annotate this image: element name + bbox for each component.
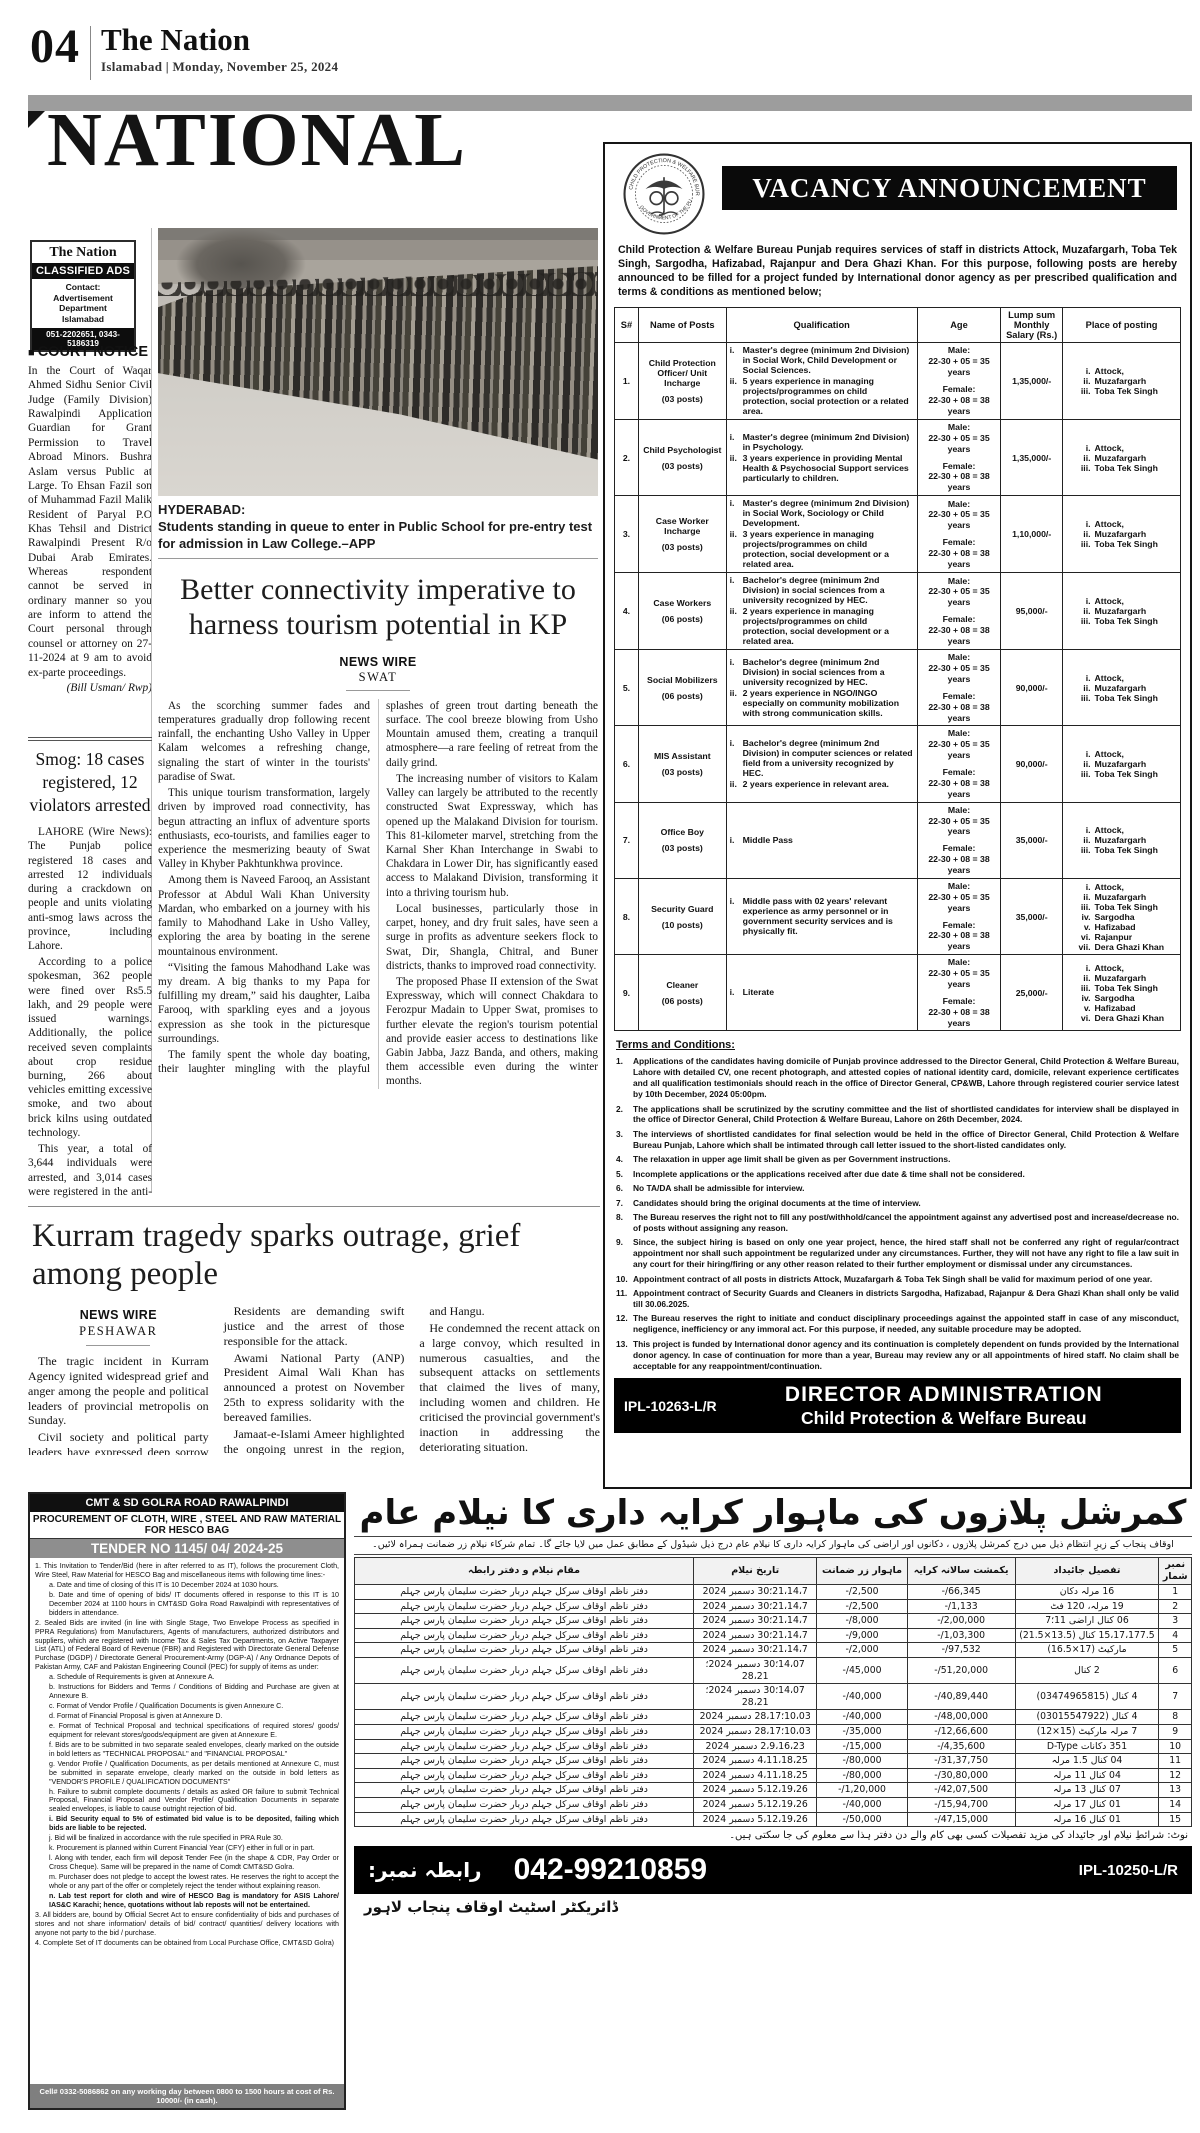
office-cell: دفتر ناظم اوقاف سرکل جہلم دربار حضرت سلی… [355, 1812, 694, 1827]
deposit-cell: 2,500/- [817, 1584, 907, 1599]
tender-line: f. Bids are to be submitted in two separ… [35, 1741, 339, 1759]
qualification-cell: i.Master's degree (minimum 2nd Division)… [726, 419, 917, 495]
item-text: Muzafargarh [1095, 759, 1173, 769]
serial-cell: 10 [1159, 1739, 1192, 1754]
deposit-cell: 35,000/- [817, 1725, 907, 1740]
age-female-label: Female: [921, 461, 998, 472]
terms-item: 12.The Bureau reserves the right to init… [616, 1313, 1179, 1335]
tender-line: n. Lab test report for cloth and wire of… [35, 1892, 339, 1910]
item-number: ii. [1071, 759, 1091, 769]
item-number: iv. [1071, 912, 1091, 922]
item-text: 3 years experience in managing projects/… [743, 529, 914, 569]
office-cell: دفتر ناظم اوقاف سرکل جہلم دربار حضرت سلی… [355, 1584, 694, 1599]
court-notice-heading: COURT NOTICE [28, 344, 152, 360]
place-item: iii.Toba Tek Singh [1066, 769, 1177, 779]
age-female-label: Female: [921, 996, 998, 1007]
office-cell: دفتر ناظم اوقاف سرکل جہلم دربار حضرت سلی… [355, 1643, 694, 1658]
age-male: 22-30 + 05 = 35 years [921, 739, 998, 761]
rent-cell: 4,35,600/- [907, 1739, 1015, 1754]
item-number: ii. [1071, 453, 1091, 463]
salary-cell: 1,10,000/- [1001, 496, 1063, 573]
tender-line: a. Schedule of Requirements is given at … [35, 1673, 339, 1682]
place-item: v.Hafizabad [1066, 922, 1177, 932]
item-text: Muzafargarh [1095, 892, 1173, 902]
vacancy-header-row: S#Name of PostsQualificationAgeLump sum … [615, 307, 1181, 342]
salary-cell: 90,000/- [1001, 726, 1063, 802]
place-item: ii.Muzafargarh [1066, 606, 1177, 616]
age-female-label: Female: [921, 767, 998, 778]
newspaper-page: 04 The Nation Islamabad | Monday, Novemb… [0, 0, 1200, 2133]
place-item: i.Attock, [1066, 519, 1177, 529]
date-cell: 4،11،18،25 دسمبر 2024 [694, 1768, 817, 1783]
tender-number: TENDER NO 1145/ 04/ 2024-25 [30, 1539, 344, 1558]
masthead-titles: The Nation Islamabad | Monday, November … [101, 24, 338, 75]
term-text: Since, the subject hiring is based on on… [633, 1237, 1179, 1270]
photo-students-queue [158, 228, 598, 496]
advert-code: IPL-10250-L/R [1079, 1862, 1178, 1879]
office-cell: دفتر ناظم اوقاف سرکل جہلم دربار حضرت سلی… [355, 1614, 694, 1629]
post-count: (03 posts) [642, 767, 723, 777]
age-male-label: Male: [921, 805, 998, 816]
column-header: تاریخ نیلام [694, 1558, 817, 1585]
vacancy-table-header: S#Name of PostsQualificationAgeLump sum … [615, 307, 1181, 342]
rent-cell: 51,20,000/- [907, 1658, 1015, 1684]
urdu-table-row: 10351 دکانات D-Type4,35,600/-15,000/-2،9… [355, 1739, 1192, 1754]
qualification-cell: i.Literate [726, 955, 917, 1031]
property-cell: 06 کنال اراضی 11؛7 [1015, 1614, 1159, 1629]
age-cell: Male:22-30 + 05 = 35 yearsFemale:22-30 +… [917, 802, 1001, 878]
qualification-cell: i.Middle pass with 02 years' relevant ex… [726, 878, 917, 954]
column-header: یکمشت سالانہ کرایہ [907, 1558, 1015, 1585]
article-headline: Smog: 18 cases registered, 12 violators … [28, 748, 152, 816]
urdu-table-body: 116 مرلہ دکان66,345/-2,500/-21،14،7؛30 د… [355, 1584, 1192, 1826]
qualification-item: i.Middle Pass [730, 835, 914, 845]
property-cell: 01 کنال 17 مرلہ [1015, 1798, 1159, 1813]
tender-line: b. Date and time of opening of bids/ IT … [35, 1591, 339, 1618]
term-text: Candidates should bring the original doc… [633, 1198, 1179, 1209]
item-text: Toba Tek Singh [1095, 983, 1173, 993]
item-text: Muzafargarh [1095, 973, 1173, 983]
item-text: Master's degree (minimum 2nd Division) i… [743, 345, 914, 375]
vacancy-header: CHILD PROTECTION & WELFARE BUREAU GOVERN… [614, 150, 1181, 236]
item-number: i. [730, 896, 743, 936]
qualification-item: i.Master's degree (minimum 2nd Division)… [730, 498, 914, 528]
byline-dateline: SWAT [158, 670, 598, 685]
post-name: Cleaner [642, 980, 723, 990]
item-number: i. [730, 498, 743, 528]
column-header: Age [917, 307, 1001, 342]
age-female-label: Female: [921, 691, 998, 702]
urdu-ad-footer-bar: IPL-10250-L/R 042-99210859 رابطہ نمبر: [354, 1846, 1192, 1894]
qualification-cell: i.Middle Pass [726, 802, 917, 878]
place-item: vi.Rajanpur [1066, 932, 1177, 942]
item-number: i. [1071, 443, 1091, 453]
item-number: iii. [1071, 902, 1091, 912]
item-number: iii. [1071, 845, 1091, 855]
article-column-2: Residents are demanding swift justice an… [224, 1304, 405, 1455]
deposit-cell: 40,000/- [817, 1684, 907, 1710]
age-male: 22-30 + 05 = 35 years [921, 586, 998, 608]
rent-cell: 48,00,000/- [907, 1710, 1015, 1725]
vacancy-table-row: 8.Security Guard(10 posts)i.Middle pass … [615, 878, 1181, 954]
place-item: iv.Sargodha [1066, 912, 1177, 922]
serial-cell: 15 [1159, 1812, 1192, 1827]
serial-cell: 12 [1159, 1768, 1192, 1783]
item-number: i. [1071, 882, 1091, 892]
tender-line: 3. All bidders are, bound by Official Se… [35, 1911, 339, 1938]
age-male-label: Male: [921, 576, 998, 587]
caption-location: HYDERABAD: [158, 502, 598, 519]
urdu-ad-note: نوٹ: شرائطِ نیلام اور جائیداد کی مزید تف… [354, 1827, 1192, 1843]
office-cell: دفتر ناظم اوقاف سرکل جہلم دربار حضرت سلی… [355, 1754, 694, 1769]
urdu-table-row: 1501 کنال 16 مرلہ47,15,000/-50,000/-5،12… [355, 1812, 1192, 1827]
term-text: The interviews of shortlisted candidates… [633, 1129, 1179, 1151]
item-text: Literate [743, 987, 914, 997]
item-text: Toba Tek Singh [1095, 902, 1173, 912]
place-item: iii.Toba Tek Singh [1066, 386, 1177, 396]
item-number: ii. [1071, 683, 1091, 693]
date-cell: 14،07؛30 دسمبر 2024؛28،21 [694, 1684, 817, 1710]
byline-agency: NEWS WIRE [158, 655, 598, 669]
term-text: The applications shall be scrutinized by… [633, 1104, 1179, 1126]
paragraph: This unique tourism transformation, larg… [158, 786, 370, 871]
item-number: iii. [1071, 386, 1091, 396]
age-female-label: Female: [921, 614, 998, 625]
paragraph: Residents are demanding swift justice an… [224, 1304, 405, 1349]
tender-line: i. Bid Security equal to 5% of estimated… [35, 1815, 339, 1833]
serial-cell: 4 [1159, 1628, 1192, 1643]
column-header: Place of posting [1063, 307, 1181, 342]
paragraph: Awami National Party (ANP) President Aim… [224, 1351, 405, 1425]
tender-subject: PROCUREMENT OF CLOTH, WIRE , STEEL AND R… [30, 1512, 344, 1539]
term-number: 10. [616, 1274, 633, 1285]
date-cell: 5،12،19،26 دسمبر 2024 [694, 1812, 817, 1827]
classified-contact: Contact: Advertisement Department Islama… [32, 279, 134, 328]
salary-cell: 35,000/- [1001, 802, 1063, 878]
serial-cell: 2 [1159, 1599, 1192, 1614]
deposit-cell: 1,20,000/- [817, 1783, 907, 1798]
vacancy-table-row: 3.Case Worker Incharge(03 posts)i.Master… [615, 496, 1181, 573]
item-number: i. [730, 987, 743, 997]
office-cell: دفتر ناظم اوقاف سرکل جہلم دربار حضرت سلی… [355, 1599, 694, 1614]
age-male: 22-30 + 05 = 35 years [921, 509, 998, 531]
item-text: Attock, [1095, 519, 1173, 529]
rent-cell: 12,66,600/- [907, 1725, 1015, 1740]
qualification-cell: i.Master's degree (minimum 2nd Division)… [726, 342, 917, 419]
serial-cell: 1. [615, 342, 639, 419]
tender-line: g. Vendor Profile / Qualification Docume… [35, 1760, 339, 1787]
date-cell: 5،12،19،26 دسمبر 2024 [694, 1798, 817, 1813]
age-female-label: Female: [921, 920, 998, 931]
item-number: iii. [1071, 616, 1091, 626]
deposit-cell: 40,000/- [817, 1710, 907, 1725]
vacancy-table-row: 5.Social Mobilizers(06 posts)i.Bachelor'… [615, 650, 1181, 726]
term-text: This project is funded by International … [633, 1339, 1179, 1372]
contact-phone: 042-99210859 [514, 1853, 708, 1887]
salary-cell: 35,000/- [1001, 878, 1063, 954]
property-cell: 351 دکانات D-Type [1015, 1739, 1159, 1754]
serial-cell: 6 [1159, 1658, 1192, 1684]
serial-cell: 11 [1159, 1754, 1192, 1769]
paragraph: According to a police spokesman, 362 peo… [28, 955, 152, 1140]
date-cell: 5،12،19،26 دسمبر 2024 [694, 1783, 817, 1798]
post-name: Case Worker Incharge [642, 516, 723, 536]
deposit-cell: 2,000/- [817, 1643, 907, 1658]
vacancy-signatory: DIRECTOR ADMINISTRATION Child Protection… [717, 1383, 1171, 1427]
item-text: Toba Tek Singh [1095, 693, 1173, 703]
item-text: Master's degree (minimum 2nd Division) i… [743, 432, 914, 452]
age-male: 22-30 + 05 = 35 years [921, 968, 998, 990]
urdu-table-row: 1307 کنال 13 مرلہ42,07,500/-1,20,000/-5،… [355, 1783, 1192, 1798]
post-count: (03 posts) [642, 461, 723, 471]
qualification-cell: i.Bachelor's degree (minimum 2nd Divisio… [726, 573, 917, 650]
place-item: i.Attock, [1066, 963, 1177, 973]
item-number: i. [730, 657, 743, 687]
item-text: Toba Tek Singh [1095, 463, 1173, 473]
item-number: ii. [730, 376, 743, 416]
contact-phone-label: رابطہ نمبر: [368, 1858, 482, 1882]
age-male-label: Male: [921, 422, 998, 433]
bureau-logo-icon: CHILD PROTECTION & WELFARE BUREAU GOVERN… [622, 152, 706, 236]
place-item: v.Hafizabad [1066, 1003, 1177, 1013]
post-cell: Cleaner(06 posts) [638, 955, 726, 1031]
terms-item: 4.The relaxation in upper age limit shal… [616, 1154, 1179, 1165]
byline-dateline: PESHAWAR [28, 1324, 209, 1340]
rent-cell: 42,07,500/- [907, 1783, 1015, 1798]
office-cell: دفتر ناظم اوقاف سرکل جہلم دربار حضرت سلی… [355, 1628, 694, 1643]
qualification-item: i.Master's degree (minimum 2nd Division)… [730, 432, 914, 452]
place-item: vi.Dera Ghazi Khan [1066, 1013, 1177, 1023]
age-male-label: Male: [921, 728, 998, 739]
item-number: i. [1071, 749, 1091, 759]
serial-cell: 14 [1159, 1798, 1192, 1813]
age-male: 22-30 + 05 = 35 years [921, 816, 998, 838]
item-text: Toba Tek Singh [1095, 769, 1173, 779]
paragraph: The tragic incident in Kurram Agency ign… [28, 1354, 209, 1428]
article-columns: NEWS WIRE PESHAWAR The tragic incident i… [28, 1304, 600, 1455]
item-number: i. [1071, 366, 1091, 376]
places-cell: i.Attock,ii.Muzafargarhiii.Toba Tek Sing… [1063, 802, 1181, 878]
property-cell: 2 کنال [1015, 1658, 1159, 1684]
paper-name: The Nation [101, 24, 338, 55]
contact-city: Islamabad [33, 314, 133, 325]
age-female: 22-30 + 08 = 38 years [921, 778, 998, 800]
item-text: Hafizabad [1095, 1003, 1173, 1013]
places-cell: i.Attock,ii.Muzafargarhiii.Toba Tek Sing… [1063, 496, 1181, 573]
office-cell: دفتر ناظم اوقاف سرکل جہلم دربار حضرت سلی… [355, 1783, 694, 1798]
age-female: 22-30 + 08 = 38 years [921, 930, 998, 952]
rent-cell: 40,89,440/- [907, 1684, 1015, 1710]
term-number: 13. [616, 1339, 633, 1372]
tender-line: 1. This Invitation to Tender/Bid (here i… [35, 1562, 339, 1580]
property-cell: 4 کنال (03015547922) [1015, 1710, 1159, 1725]
terms-item: 5.Incomplete applications or the applica… [616, 1169, 1179, 1180]
term-text: The relaxation in upper age limit shall … [633, 1154, 1179, 1165]
masthead: 04 The Nation Islamabad | Monday, Novemb… [30, 24, 338, 80]
qualification-item: i.Bachelor's degree (minimum 2nd Divisio… [730, 738, 914, 778]
age-cell: Male:22-30 + 05 = 35 yearsFemale:22-30 +… [917, 650, 1001, 726]
age-cell: Male:22-30 + 05 = 35 yearsFemale:22-30 +… [917, 419, 1001, 495]
age-female-label: Female: [921, 384, 998, 395]
article-body: As the scorching summer fades and temper… [158, 699, 598, 1089]
age-female-label: Female: [921, 843, 998, 854]
caption-text: Students standing in queue to enter in P… [158, 519, 598, 553]
urdu-auction-table: نمبر شمارتفصیل جائیدادیکمشت سالانہ کرایہ… [354, 1557, 1192, 1827]
post-cell: Security Guard(10 posts) [638, 878, 726, 954]
term-number: 2. [616, 1104, 633, 1126]
rent-cell: 66,345/- [907, 1584, 1015, 1599]
item-text: Muzafargarh [1095, 529, 1173, 539]
item-text: Rajanpur [1095, 932, 1173, 942]
date-cell: 21،14،7؛30 دسمبر 2024 [694, 1614, 817, 1629]
place-item: ii.Muzafargarh [1066, 759, 1177, 769]
terms-heading: Terms and Conditions: [616, 1039, 1179, 1051]
salary-cell: 1,35,000/- [1001, 419, 1063, 495]
salary-cell: 25,000/- [1001, 955, 1063, 1031]
item-number: i. [730, 738, 743, 778]
term-number: 8. [616, 1212, 633, 1234]
age-male-label: Male: [921, 345, 998, 356]
qualification-item: ii.5 years experience in managing projec… [730, 376, 914, 416]
date-cell: 2،9،16،23 دسمبر 2024 [694, 1739, 817, 1754]
terms-item: 8.The Bureau reserves the right not to f… [616, 1212, 1179, 1234]
vacancy-table-row: 9.Cleaner(06 posts)i.LiterateMale:22-30 … [615, 955, 1181, 1031]
office-cell: دفتر ناظم اوقاف سرکل جہلم دربار حضرت سلی… [355, 1798, 694, 1813]
article-column-3: and Hangu.He condemned the recent attack… [419, 1304, 600, 1455]
urdu-table-row: 5مارکیٹ (17×16.5)97,532/-2,000/-21،14،7؛… [355, 1643, 1192, 1658]
place-item: ii.Muzafargarh [1066, 835, 1177, 845]
post-name: Social Mobilizers [642, 675, 723, 685]
item-number: iii. [1071, 983, 1091, 993]
court-notice-body: In the Court of Waqar Ahmed Sidhu Senior… [28, 364, 152, 680]
property-cell: 01 کنال 16 مرلہ [1015, 1812, 1159, 1827]
item-number: i. [1071, 596, 1091, 606]
place-item: i.Attock, [1066, 366, 1177, 376]
item-text: 2 years experience in NGO/INGO especiall… [743, 688, 914, 718]
article-rule [28, 1206, 600, 1207]
item-number: ii. [1071, 973, 1091, 983]
qualification-cell: i.Bachelor's degree (minimum 2nd Divisio… [726, 726, 917, 802]
term-text: The Bureau reserves the right not to fil… [633, 1212, 1179, 1234]
property-cell: 16 مرلہ دکان [1015, 1584, 1159, 1599]
place-item: i.Attock, [1066, 443, 1177, 453]
photo-caption: HYDERABAD: Students standing in queue to… [158, 502, 598, 553]
tender-line: l. Along with tender, each firm will dep… [35, 1854, 339, 1872]
term-number: 7. [616, 1198, 633, 1209]
item-number: i. [1071, 519, 1091, 529]
age-male-label: Male: [921, 652, 998, 663]
urdu-ad-title: کمرشل پلازوں کی ماہوار کرایہ داری کا نیل… [354, 1493, 1192, 1536]
tender-body: 1. This Invitation to Tender/Bid (here i… [30, 1558, 344, 2084]
term-number: 1. [616, 1056, 633, 1100]
tender-notice: CMT & SD GOLRA ROAD RAWALPINDI PROCUREME… [28, 1492, 346, 2110]
vacancy-intro: Child Protection & Welfare Bureau Punjab… [618, 244, 1177, 300]
vacancy-table-row: 2.Child Psychologist(03 posts)i.Master's… [615, 419, 1181, 495]
item-number: vi. [1071, 1013, 1091, 1023]
place-item: ii.Muzafargarh [1066, 453, 1177, 463]
place-item: iii.Toba Tek Singh [1066, 983, 1177, 993]
item-text: Attock, [1095, 443, 1173, 453]
rent-cell: 97,532/- [907, 1643, 1015, 1658]
item-text: Dera Ghazi Khan [1095, 1013, 1173, 1023]
paragraph: Among them is Naveed Farooq, an Assistan… [158, 873, 370, 958]
tender-line: c. Format of Vendor Profile / Qualificat… [35, 1702, 339, 1711]
byline-agency: NEWS WIRE [28, 1308, 209, 1324]
age-male: 22-30 + 05 = 35 years [921, 892, 998, 914]
post-name: Child Protection Officer/ Unit Incharge [642, 358, 723, 388]
item-text: Sargodha [1095, 993, 1173, 1003]
tender-footer: Cell# 0332-5086862 on any working day be… [30, 2084, 344, 2108]
post-name: Security Guard [642, 904, 723, 914]
item-text: Attock, [1095, 596, 1173, 606]
serial-cell: 4. [615, 573, 639, 650]
urdu-table-row: 219 مرلہ، 120 فٹ1,133/-2,500/-21،14،7؛30… [355, 1599, 1192, 1614]
column-header: ماہوار زر ضمانت [817, 1558, 907, 1585]
item-number: i. [1071, 825, 1091, 835]
date-cell: 4،11،18،25 دسمبر 2024 [694, 1754, 817, 1769]
terms-item: 13.This project is funded by Internation… [616, 1339, 1179, 1372]
deposit-cell: 45,000/- [817, 1658, 907, 1684]
post-cell: Office Boy(03 posts) [638, 802, 726, 878]
item-text: Hafizabad [1095, 922, 1173, 932]
property-cell: 7 مرلہ مارکیٹ (15×12) [1015, 1725, 1159, 1740]
terms-item: 7.Candidates should bring the original d… [616, 1198, 1179, 1209]
paragraph: He condemned the recent attack on a larg… [419, 1321, 600, 1455]
deposit-cell: 8,000/- [817, 1614, 907, 1629]
item-number: iii. [1071, 539, 1091, 549]
post-name: MIS Assistant [642, 751, 723, 761]
tender-line: m. Purchaser does not pledge to accept t… [35, 1873, 339, 1891]
deposit-cell: 2,500/- [817, 1599, 907, 1614]
item-text: Dera Ghazi Khan [1095, 942, 1173, 952]
serial-cell: 13 [1159, 1783, 1192, 1798]
post-count: (03 posts) [642, 394, 723, 404]
item-text: Attock, [1095, 366, 1173, 376]
serial-cell: 9 [1159, 1725, 1192, 1740]
term-text: Appointment contract of all posts in dis… [633, 1274, 1179, 1285]
column-header: Qualification [726, 307, 917, 342]
paragraph: As the scorching summer fades and temper… [158, 699, 370, 784]
advert-code: IPL-10263-L/R [624, 1398, 717, 1414]
places-cell: i.Attock,ii.Muzafargarhiii.Toba Tek Sing… [1063, 878, 1181, 954]
serial-cell: 5. [615, 650, 639, 726]
place-item: ii.Muzafargarh [1066, 683, 1177, 693]
urdu-auction-ad: کمرشل پلازوں کی ماہوار کرایہ داری کا نیل… [354, 1493, 1192, 2119]
age-female: 22-30 + 08 = 38 years [921, 1007, 998, 1029]
terms-item: 2.The applications shall be scrutinized … [616, 1104, 1179, 1126]
age-male: 22-30 + 05 = 35 years [921, 663, 998, 685]
tender-line: b. Instructions for Bidders and Terms / … [35, 1683, 339, 1701]
column-header: Lump sum Monthly Salary (Rs.) [1001, 307, 1063, 342]
article-kurram: Kurram tragedy sparks outrage, grief amo… [28, 1212, 600, 1455]
property-cell: 19 مرلہ، 120 فٹ [1015, 1599, 1159, 1614]
office-cell: دفتر ناظم اوقاف سرکل جہلم دربار حضرت سلی… [355, 1710, 694, 1725]
rent-cell: 30,80,000/- [907, 1768, 1015, 1783]
serial-cell: 7. [615, 802, 639, 878]
rent-cell: 31,37,750/- [907, 1754, 1015, 1769]
svg-text:CHILD PROTECTION & WELFARE BUR: CHILD PROTECTION & WELFARE BUREAU [622, 152, 700, 196]
qualification-cell: i.Master's degree (minimum 2nd Division)… [726, 496, 917, 573]
paragraph: This year, a total of 3,644 individuals … [28, 1142, 152, 1200]
vacancy-footer: IPL-10263-L/R DIRECTOR ADMINISTRATION Ch… [614, 1378, 1181, 1432]
vacancy-banner: VACANCY ANNOUNCEMENT [722, 166, 1177, 210]
age-male-label: Male: [921, 499, 998, 510]
paragraph: Civil society and political party leader… [28, 1430, 209, 1455]
places-cell: i.Attock,ii.Muzafargarhiii.Toba Tek Sing… [1063, 650, 1181, 726]
item-number: v. [1071, 1003, 1091, 1013]
contact-label: Contact: [33, 282, 133, 293]
terms-item: 1.Applications of the candidates having … [616, 1056, 1179, 1100]
